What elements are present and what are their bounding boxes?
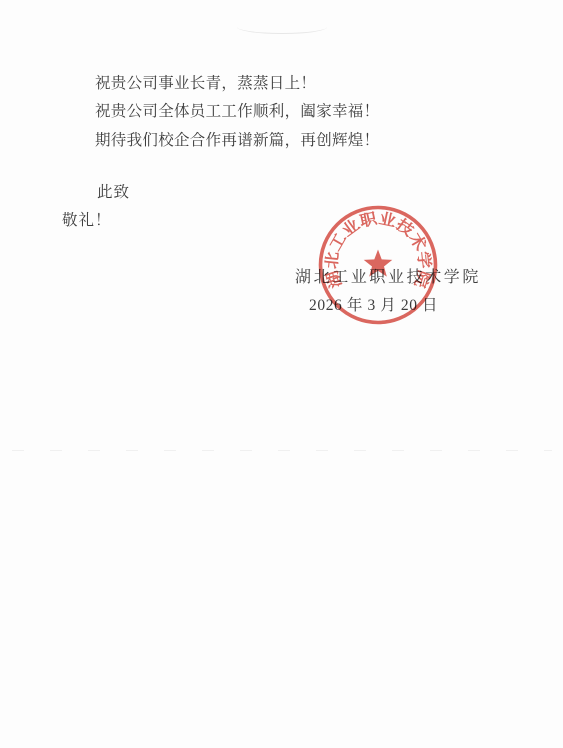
star-icon: [364, 250, 393, 277]
body-line-1: 祝贵公司事业长青，蒸蒸日上！: [95, 70, 379, 98]
letter-body: 祝贵公司事业长青，蒸蒸日上！ 祝贵公司全体员工工作顺利，阖家幸福！ 期待我们校企…: [95, 70, 379, 155]
scan-artifact-arc: [237, 20, 327, 34]
letter-page: 祝贵公司事业长青，蒸蒸日上！ 祝贵公司全体员工工作顺利，阖家幸福！ 期待我们校企…: [0, 0, 563, 748]
official-seal-graphic: 湖北工业职业技术学院: [308, 195, 448, 335]
closing-salutation: 敬礼！: [62, 212, 112, 229]
body-line-3: 期待我们校企合作再谱新篇，再创辉煌！: [95, 127, 379, 155]
scan-artifact-line: [12, 450, 552, 451]
official-seal: 湖北工业职业技术学院: [308, 195, 448, 335]
closing-salute: 此致: [97, 184, 130, 201]
body-line-2: 祝贵公司全体员工工作顺利，阖家幸福！: [95, 98, 379, 126]
